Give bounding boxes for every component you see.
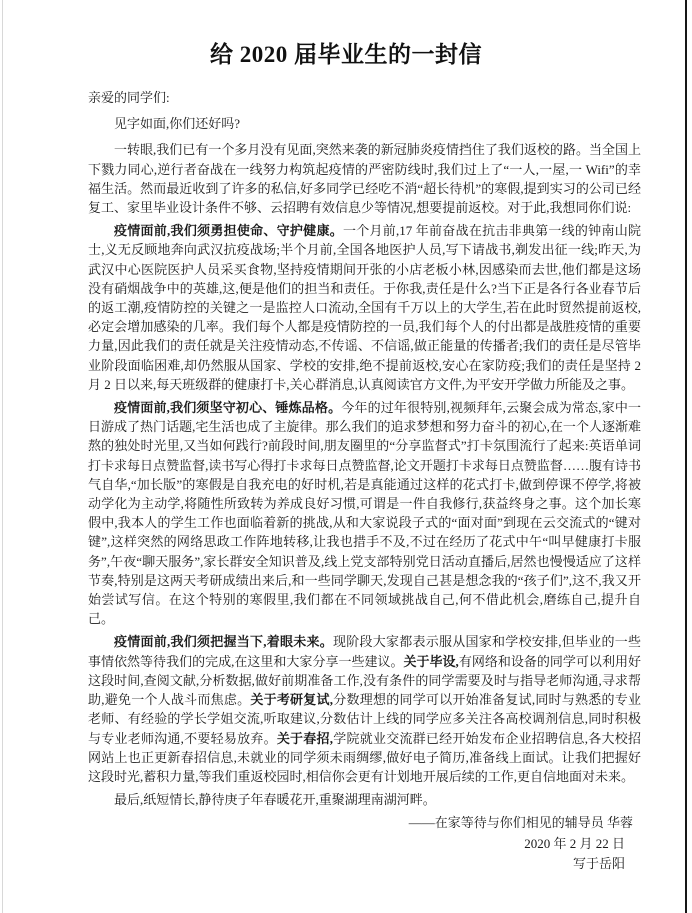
letter-body: 亲爱的同学们: 见字如面,你们还好吗? 一转眼,我们已有一个多月没有见面,突然来…: [88, 88, 641, 874]
character-lead: 疫情面前,我们须坚守初心、锤炼品格。: [114, 400, 341, 415]
paragraph-character: 疫情面前,我们须坚守初心、锤炼品格。今年的过年很特别,视频拜年,云聚会成为常态,…: [88, 398, 641, 628]
closing-line: 最后,纸短情长,静待庚子年春暖花开,重聚湖理南湖河畔。: [88, 790, 641, 809]
future-lead: 疫情面前,我们须把握当下,着眼未来。: [114, 634, 333, 649]
page-left-border: [2, 0, 3, 913]
topic-thesis: 关于毕设,: [404, 654, 459, 669]
mission-lead: 疫情面前,我们须勇担使命、守护健康。: [114, 223, 343, 238]
signature-line: ——在家等待与你们相见的辅导员 华蓉: [88, 813, 641, 832]
date-line: 2020 年 2 月 22 日: [88, 834, 641, 853]
opening-line: 见字如面,你们还好吗?: [88, 114, 641, 133]
place-line: 写于岳阳: [88, 854, 641, 873]
page-right-border: [685, 0, 687, 913]
topic-spring-recruitment: 关于春招,: [277, 731, 333, 746]
mission-body: 一个月前,17 年前奋战在抗击非典第一线的钟南山院士,义无反顾地奔向武汉抗疫战场…: [88, 223, 641, 392]
topic-postgrad-exam: 关于考研复试,: [250, 692, 333, 707]
signature-block: ——在家等待与你们相见的辅导员 华蓉 2020 年 2 月 22 日 写于岳阳: [88, 813, 641, 873]
page-title: 给 2020 届毕业生的一封信: [0, 36, 692, 69]
paragraph-future: 疫情面前,我们须把握当下,着眼未来。现阶段大家都表示服从国家和学校安排,但毕业的…: [88, 632, 641, 786]
paragraph-mission: 疫情面前,我们须勇担使命、守护健康。一个月前,17 年前奋战在抗击非典第一线的钟…: [88, 221, 641, 394]
character-body: 今年的过年很特别,视频拜年,云聚会成为常态,家中一日游成了热门话题,宅生活也成了…: [88, 400, 641, 626]
salutation: 亲爱的同学们:: [88, 88, 641, 107]
letter-page: 给 2020 届毕业生的一封信 亲爱的同学们: 见字如面,你们还好吗? 一转眼,…: [0, 0, 692, 913]
paragraph-intro: 一转眼,我们已有一个多月没有见面,突然来袭的新冠肺炎疫情挡住了我们返校的路。当全…: [88, 140, 641, 217]
